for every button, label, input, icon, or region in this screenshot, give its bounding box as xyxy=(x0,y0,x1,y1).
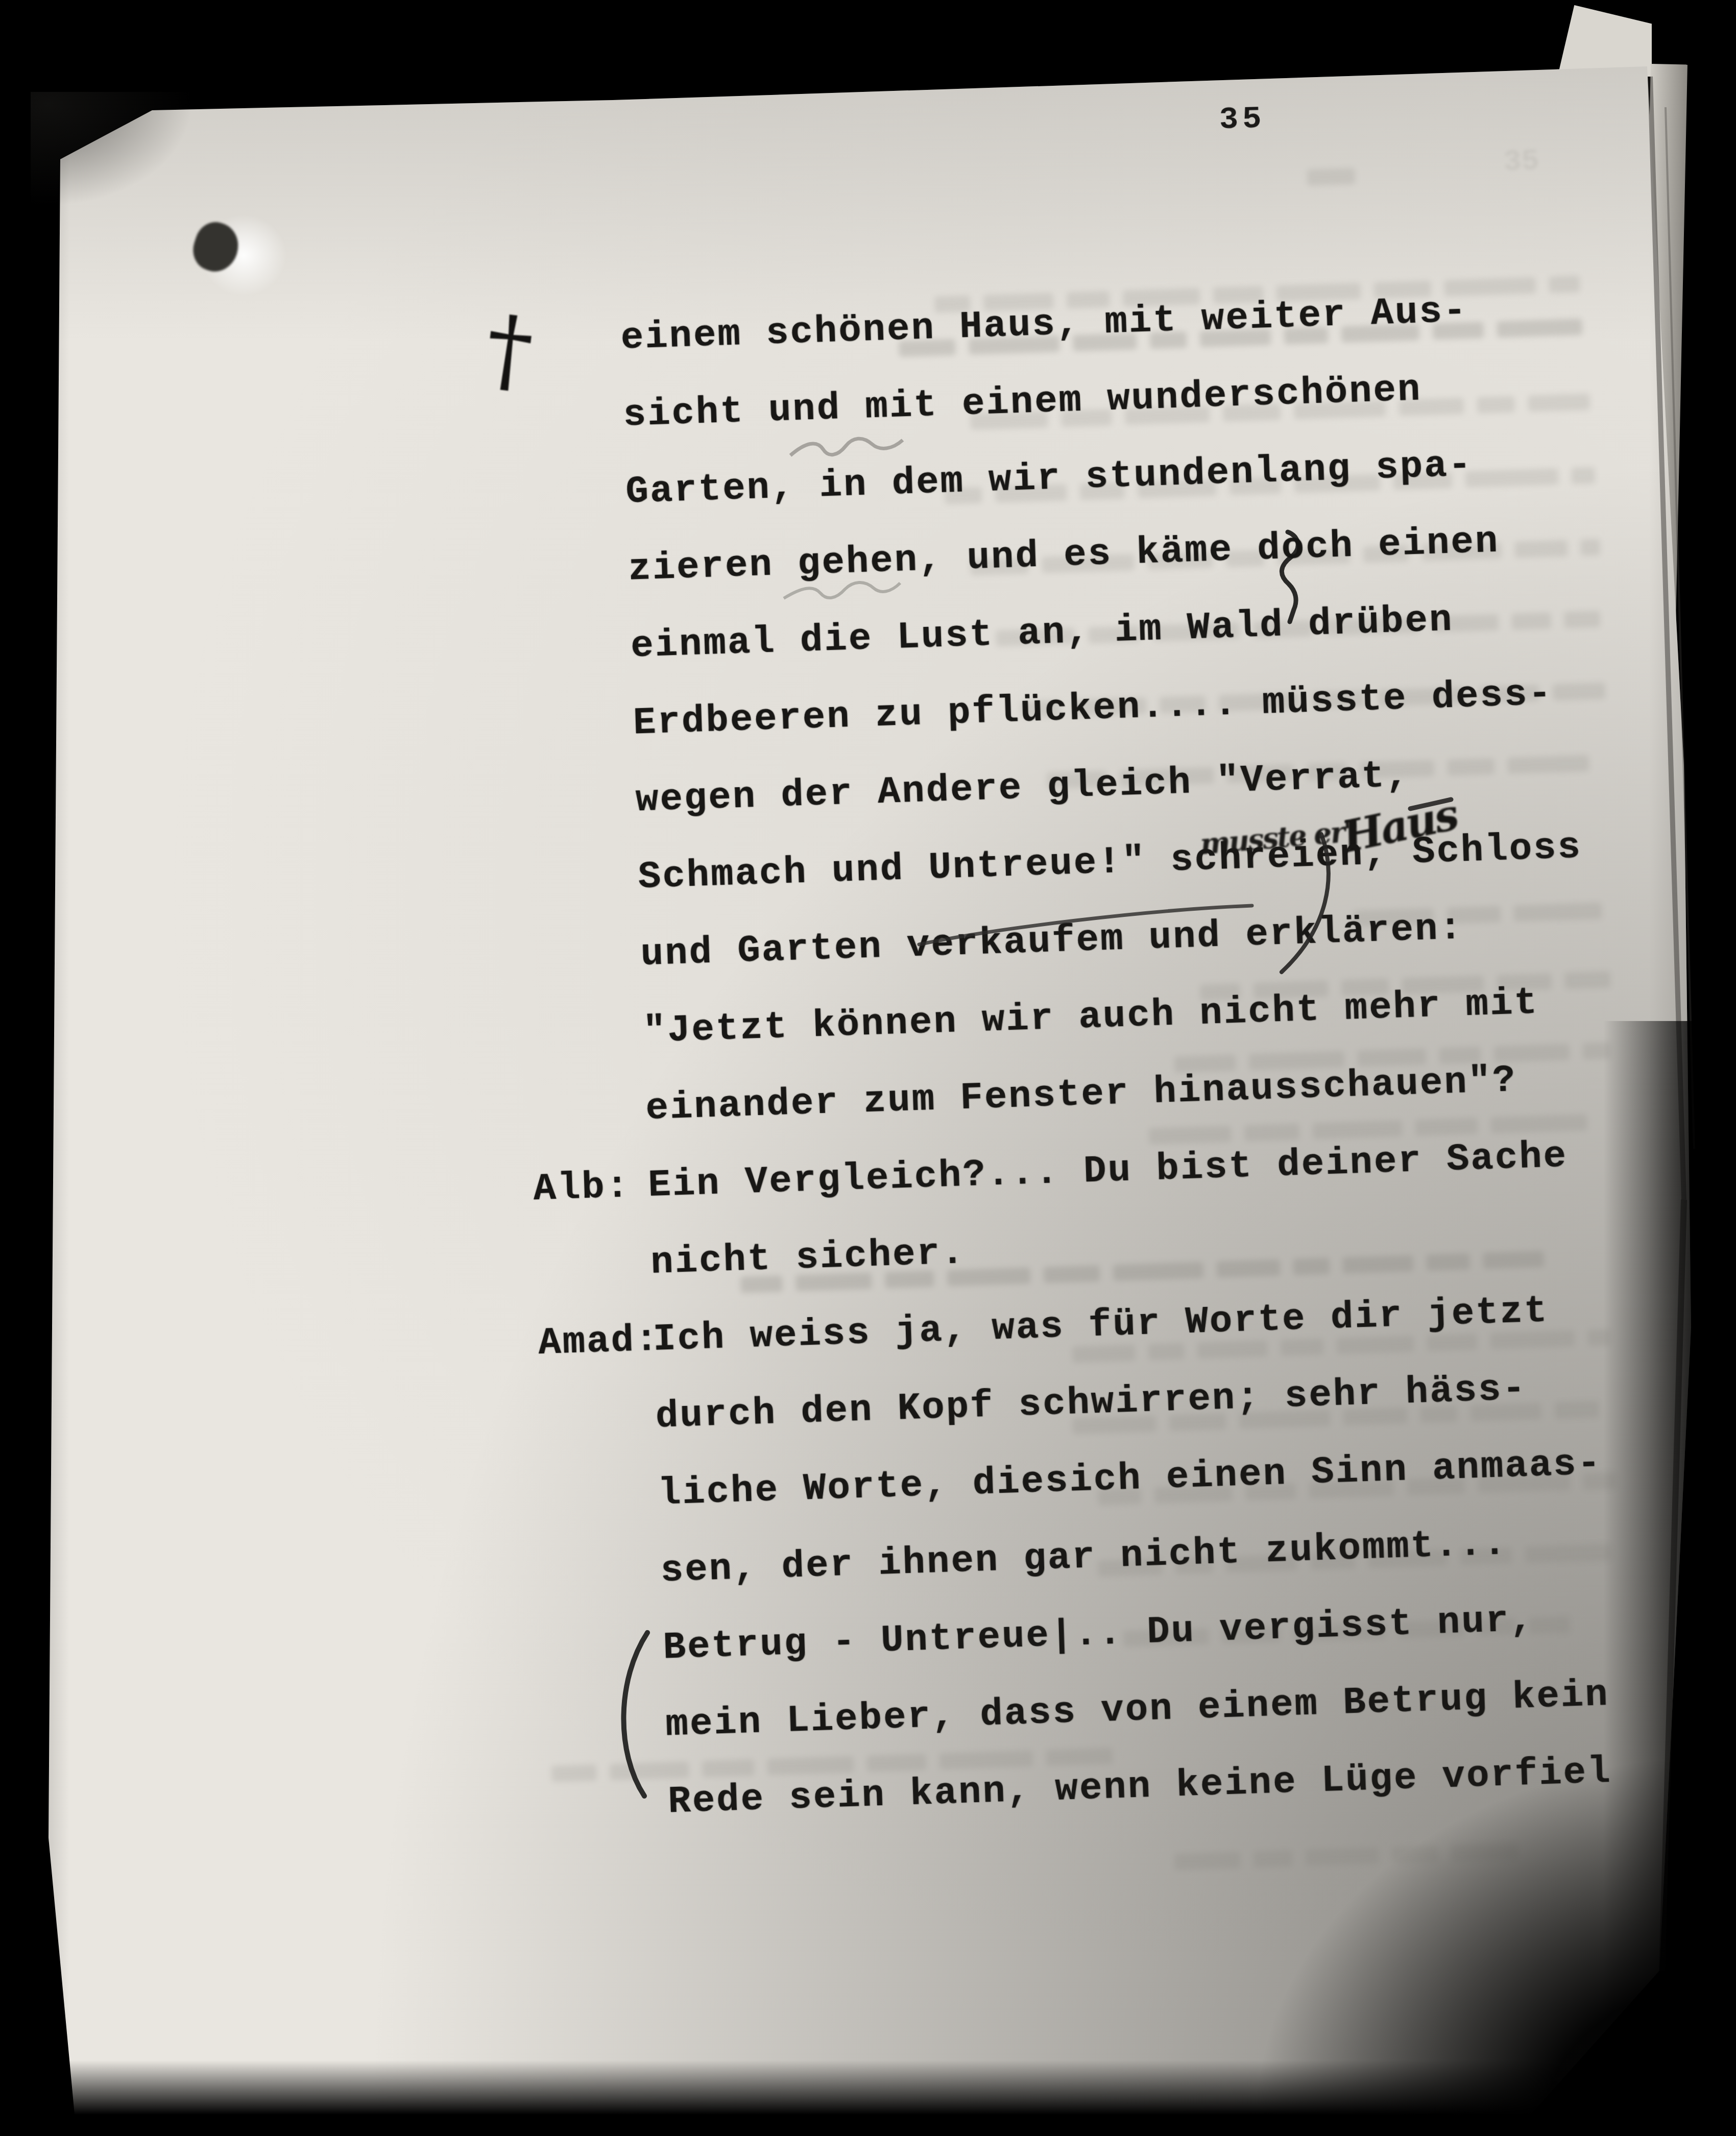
page-number: 35 xyxy=(1219,101,1266,138)
speaker-label: Alb: xyxy=(533,1164,631,1211)
ghost-word xyxy=(1451,1843,1518,1861)
speaker-label: Amad: xyxy=(538,1318,660,1366)
ghost-word xyxy=(1253,1850,1293,1867)
ghost-word xyxy=(1306,1847,1379,1866)
dialogue-text: nicht sicher. xyxy=(650,1231,966,1285)
bleedthrough-line xyxy=(1174,1842,1532,1871)
scanned-typescript-page: { "page": { "number": "35", "ghost_numbe… xyxy=(0,0,1736,2136)
ghost-word xyxy=(1307,168,1356,186)
under-page-corner xyxy=(1547,5,1652,77)
typed-dialogue: einem schönen Haus, mit weiter Aus- sich… xyxy=(66,280,1736,1875)
bleedthrough-line xyxy=(1307,167,1369,186)
ghost-page-number: 35 xyxy=(1503,145,1540,179)
manuscript-page: 35 35 † musste er" Haus einem schönen Ha… xyxy=(0,0,1736,2136)
ghost-word xyxy=(1174,1852,1241,1870)
ghost-word xyxy=(1391,1846,1438,1863)
